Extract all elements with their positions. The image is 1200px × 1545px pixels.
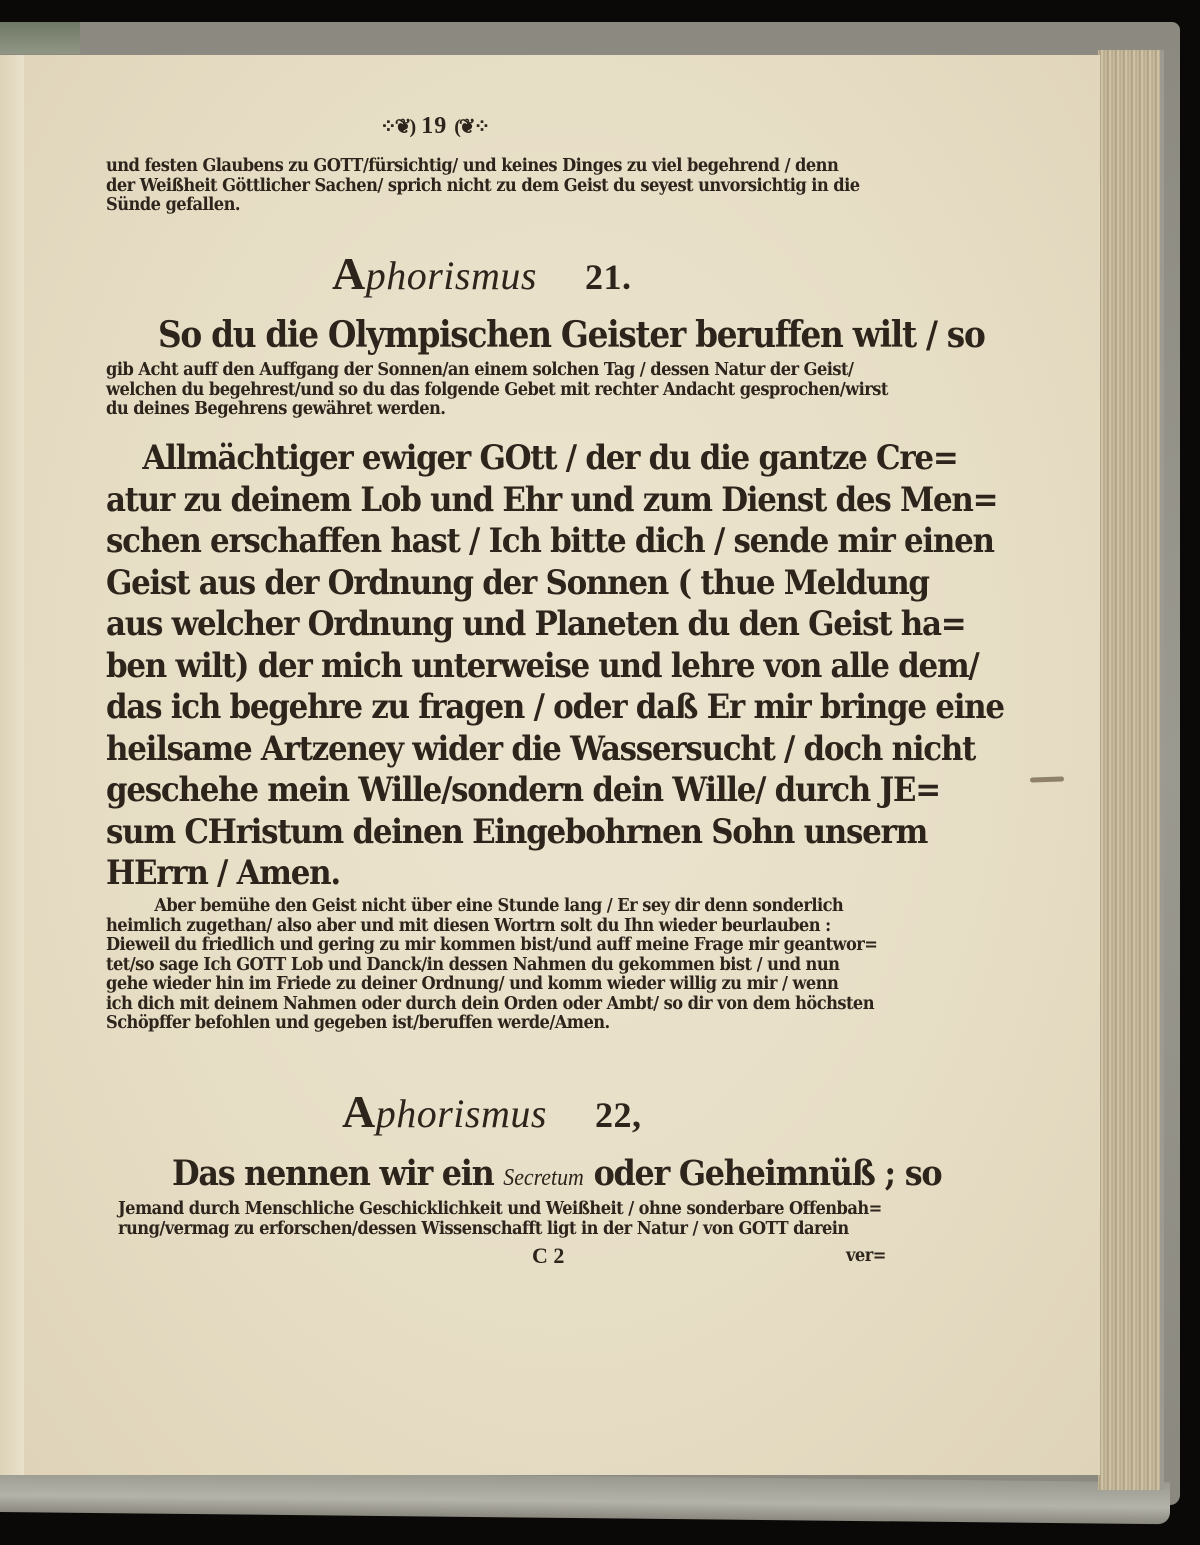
continuation-paragraph: und festen Glaubens zu GOTT/fürsichtig/ … xyxy=(106,157,860,216)
heading-word: phorismus xyxy=(376,1091,547,1136)
prayer-line: atur zu deinem Lob und Ehr und zum Diens… xyxy=(106,480,1004,522)
aphorism-22-heading: Aphorismus22, xyxy=(342,1085,641,1138)
text-line: tet/so sage Ich GOTT Lob und Danck/in de… xyxy=(106,956,877,976)
prayer-line: sum CHristum deinen Eingebohrnen Sohn un… xyxy=(106,812,1004,854)
text-line: Aber bemühe den Geist nicht über eine St… xyxy=(106,897,877,917)
text-line: du deines Begehrens gewähret werden. xyxy=(106,400,888,420)
prayer-line: Geist aus der Ordnung der Sonnen ( thue … xyxy=(106,563,1004,605)
aphorism-21-opening: So du die Olympischen Geister beruffen w… xyxy=(158,315,985,357)
heading-initial: A xyxy=(342,1086,376,1137)
catchword: ver= xyxy=(846,1247,886,1267)
aphorism-number: 21. xyxy=(585,257,632,297)
ornament-left-icon: ⁘❦) xyxy=(380,116,414,138)
text-line: ich dich mit deinem Nahmen oder durch de… xyxy=(106,995,877,1015)
text-line: Jemand durch Menschliche Geschicklichkei… xyxy=(118,1200,882,1220)
prayer-line: aus welcher Ordnung und Planeten du den … xyxy=(106,604,1004,646)
aphorism-21-closing: Aber bemühe den Geist nicht über eine St… xyxy=(106,897,877,1034)
opening-text: Das nennen wir ein xyxy=(172,1153,503,1194)
prayer-line: HErrn / Amen. xyxy=(106,853,1004,895)
left-page-fragment xyxy=(0,55,26,1475)
prayer-line: das ich begehre zu fragen / oder daß Er … xyxy=(106,687,1004,729)
prayer-line: heilsame Artzeney wider die Wassersucht … xyxy=(106,729,1004,771)
aphorism-22-opening: Das nennen wir ein Secretum oder Geheimn… xyxy=(172,1153,941,1200)
aphorism-21-heading: Aphorismus21. xyxy=(332,247,631,300)
book-page: ⁘❦) 19 (❦⁘ und festen Glaubens zu GOTT/f… xyxy=(24,55,1100,1475)
page-number: 19 xyxy=(421,113,447,139)
opening-text: oder Geheimnüß ; so xyxy=(584,1153,942,1194)
aphorism-21-intro: gib Acht auff den Auffgang der Sonnen/an… xyxy=(106,361,888,420)
text-line: gehe wieder hin im Friede zu deiner Ordn… xyxy=(106,975,877,995)
prayer-line: ben wilt) der mich unterweise und lehre … xyxy=(106,646,1004,688)
text-line: der Weißheit Göttlicher Sachen/ sprich n… xyxy=(106,177,860,197)
prayer-line: geschehe mein Wille/sondern dein Wille/ … xyxy=(106,770,1004,812)
heading-word: phorismus xyxy=(366,253,537,298)
signature-mark: C 2 xyxy=(532,1243,564,1269)
text-line: Schöpffer befohlen und gegeben ist/beruf… xyxy=(106,1014,877,1034)
aphorism-number: 22, xyxy=(595,1095,642,1135)
aphorism-21-prayer: Allmächtiger ewiger GOtt / der du die ga… xyxy=(106,438,1004,895)
text-line: gib Acht auff den Auffgang der Sonnen/an… xyxy=(106,361,888,381)
running-head: ⁘❦) 19 (❦⁘ xyxy=(380,113,488,140)
aphorism-22-body: Jemand durch Menschliche Geschicklichkei… xyxy=(118,1200,882,1239)
text-line: heimlich zugethan/ also aber und mit die… xyxy=(106,917,877,937)
text-line: und festen Glaubens zu GOTT/fürsichtig/ … xyxy=(106,157,860,177)
text-line: rung/vermag zu erforschen/dessen Wissens… xyxy=(118,1220,882,1240)
text-line: Sünde gefallen. xyxy=(106,196,860,216)
secretum-italic: Secretum xyxy=(503,1165,583,1191)
prayer-line: schen erschaffen hast / Ich bitte dich /… xyxy=(106,521,1004,563)
text-line: Dieweil du friedlich und gering zu mir k… xyxy=(106,936,877,956)
ornament-right-icon: (❦⁘ xyxy=(454,116,488,138)
heading-initial: A xyxy=(332,248,366,299)
text-line: welchen du begehrest/und so du das folge… xyxy=(106,381,888,401)
page-edges xyxy=(1098,50,1164,1490)
prayer-line: Allmächtiger ewiger GOtt / der du die ga… xyxy=(106,438,1004,480)
spine-cloth xyxy=(0,22,80,54)
opening-line: So du die Olympischen Geister beruffen w… xyxy=(158,314,985,356)
